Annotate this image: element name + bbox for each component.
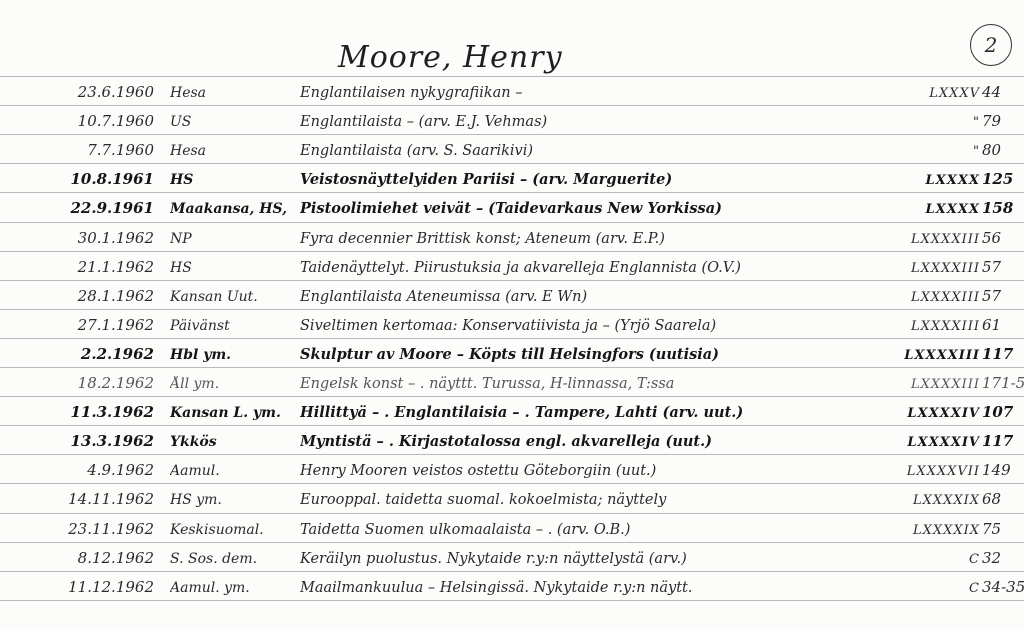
entry-volume: LXXXXIX: [860, 493, 980, 508]
entry-page: 61: [982, 316, 1024, 334]
entry-source: Hbl ym.: [170, 347, 300, 363]
entry-date: 27.1.1962: [14, 316, 154, 334]
entry-volume: LXXXXIII: [860, 261, 980, 276]
entry-page: 117: [982, 432, 1024, 450]
entry-page: 107: [982, 403, 1024, 421]
entry-source: HS ym.: [170, 492, 300, 508]
entry-source: Kansan L. ym.: [170, 405, 300, 421]
entry-title: Keräilyn puolustus. Nykytaide r.y:n näyt…: [300, 551, 860, 567]
table-row: 30.1.1962NPFyra decennier Brittisk konst…: [0, 222, 1024, 251]
entry-page: 57: [982, 287, 1024, 305]
entry-page: 125: [982, 170, 1024, 188]
entry-title: Siveltimen kertomaa: Konservatiivista ja…: [300, 318, 860, 334]
table-row: 23.6.1960HesaEnglantilaisen nykygrafiika…: [0, 76, 1024, 105]
table-row: 11.3.1962Kansan L. ym.Hillittyä – . Engl…: [0, 396, 1024, 425]
entry-page: 80: [982, 141, 1024, 159]
entry-source: S. Sos. dem.: [170, 551, 300, 567]
card-heading: Moore, Henry: [338, 40, 563, 75]
entry-source: HS: [170, 172, 300, 188]
entry-title: Hillittyä – . Englantilaisia – . Tampere…: [300, 404, 860, 421]
entry-page: 34-35: [982, 578, 1024, 596]
entry-page: 158: [982, 199, 1024, 217]
entry-volume: LXXXXVII: [860, 464, 980, 479]
table-row: 21.1.1962HSTaidenäyttelyt. Piirustuksia …: [0, 251, 1024, 280]
entry-volume: ": [860, 144, 980, 159]
entry-title: Skulptur av Moore – Köpts till Helsingfo…: [300, 346, 860, 363]
entry-page: 79: [982, 112, 1024, 130]
entry-page: 56: [982, 229, 1024, 247]
table-row: 22.9.1961Maakansa, HS,Pistoolimiehet vei…: [0, 192, 1024, 221]
page-number-circle: 2: [970, 24, 1012, 66]
entry-source: Hesa: [170, 85, 300, 101]
entry-volume: LXXXXIII: [860, 319, 980, 334]
entry-volume: LXXXXIV: [860, 406, 980, 421]
entry-date: 18.2.1962: [14, 374, 154, 392]
entry-page: 32: [982, 549, 1024, 567]
entry-volume: LXXXXIII: [860, 377, 980, 392]
entry-date: 11.3.1962: [14, 403, 154, 421]
entry-volume: C: [860, 552, 980, 567]
entry-title: Taidenäyttelyt. Piirustuksia ja akvarell…: [300, 260, 860, 276]
entry-volume: LXXXX: [860, 202, 980, 217]
table-row: 18.2.1962Åll ym.Engelsk konst – . näyttt…: [0, 367, 1024, 396]
entry-source: Kansan Uut.: [170, 289, 300, 305]
table-row: 8.12.1962S. Sos. dem.Keräilyn puolustus.…: [0, 542, 1024, 571]
entry-volume: LXXXXIV: [860, 435, 980, 450]
entry-volume: LXXXX: [860, 173, 980, 188]
entry-source: Ykkös: [170, 434, 300, 450]
entry-date: 28.1.1962: [14, 287, 154, 305]
table-row: 23.11.1962Keskisuomal.Taidetta Suomen ul…: [0, 513, 1024, 542]
entry-page: 68: [982, 490, 1024, 508]
entry-title: Englantilaista Ateneumissa (arv. E Wn): [300, 289, 860, 305]
table-row: 2.2.1962Hbl ym.Skulptur av Moore – Köpts…: [0, 338, 1024, 367]
entry-title: Pistoolimiehet veivät – (Taidevarkaus Ne…: [300, 200, 860, 217]
entry-date: 30.1.1962: [14, 229, 154, 247]
entry-title: Englantilaista (arv. S. Saarikivi): [300, 143, 860, 159]
entry-source: Aamul.: [170, 463, 300, 479]
entry-date: 22.9.1961: [14, 199, 154, 217]
entry-page: 117: [982, 345, 1024, 363]
entry-volume: LXXXXIII: [860, 232, 980, 247]
entry-date: 7.7.1960: [14, 141, 154, 159]
index-card: Moore, Henry 2 23.6.1960HesaEnglantilais…: [0, 0, 1024, 630]
entry-title: Engelsk konst – . näyttt. Turussa, H-lin…: [300, 376, 860, 392]
entry-title: Eurooppal. taidetta suomal. kokoelmista;…: [300, 492, 860, 508]
entry-source: Maakansa, HS,: [170, 201, 300, 217]
ruled-line: [0, 600, 1024, 601]
table-row: 10.7.1960USEnglantilaista – (arv. E.J. V…: [0, 105, 1024, 134]
table-row: 4.9.1962Aamul.Henry Mooren veistos ostet…: [0, 454, 1024, 483]
entry-date: 10.8.1961: [14, 170, 154, 188]
table-row: 27.1.1962PäivänstSiveltimen kertomaa: Ko…: [0, 309, 1024, 338]
entry-title: Englantilaisen nykygrafiikan –: [300, 85, 860, 101]
entry-page: 57: [982, 258, 1024, 276]
entry-title: Englantilaista – (arv. E.J. Vehmas): [300, 114, 860, 130]
entry-source: HS: [170, 260, 300, 276]
entry-title: Fyra decennier Brittisk konst; Ateneum (…: [300, 231, 860, 247]
entry-date: 23.11.1962: [14, 520, 154, 538]
entry-source: Åll ym.: [170, 376, 300, 392]
entry-volume: LXXXV: [860, 86, 980, 101]
entry-date: 2.2.1962: [14, 345, 154, 363]
entry-title: Myntistä – . Kirjastotalossa engl. akvar…: [300, 433, 860, 450]
entry-volume: ": [860, 115, 980, 130]
entry-date: 10.7.1960: [14, 112, 154, 130]
entry-source: Keskisuomal.: [170, 522, 300, 538]
entry-date: 14.11.1962: [14, 490, 154, 508]
entry-source: Päivänst: [170, 318, 300, 334]
entry-source: Hesa: [170, 143, 300, 159]
entry-source: NP: [170, 231, 300, 247]
entry-date: 13.3.1962: [14, 432, 154, 450]
table-row: 14.11.1962HS ym.Eurooppal. taidetta suom…: [0, 483, 1024, 512]
table-row: 11.12.1962Aamul. ym.Maailmankuulua – Hel…: [0, 571, 1024, 600]
entry-volume: LXXXXIX: [860, 523, 980, 538]
entry-title: Henry Mooren veistos ostettu Göteborgiin…: [300, 463, 860, 479]
table-row: 7.7.1960HesaEnglantilaista (arv. S. Saar…: [0, 134, 1024, 163]
entry-page: 75: [982, 520, 1024, 538]
entry-title: Veistosnäyttelyiden Pariisi – (arv. Marg…: [300, 171, 860, 188]
entry-page: 171-5: [982, 374, 1024, 392]
entry-volume: LXXXXIII: [860, 348, 980, 363]
entry-title: Taidetta Suomen ulkomaalaista – . (arv. …: [300, 522, 860, 538]
entry-volume: LXXXXIII: [860, 290, 980, 305]
entry-source: US: [170, 114, 300, 130]
entry-source: Aamul. ym.: [170, 580, 300, 596]
table-row: 10.8.1961HSVeistosnäyttelyiden Pariisi –…: [0, 163, 1024, 192]
entry-date: 11.12.1962: [14, 578, 154, 596]
entry-date: 8.12.1962: [14, 549, 154, 567]
table-row: 28.1.1962Kansan Uut.Englantilaista Atene…: [0, 280, 1024, 309]
entry-title: Maailmankuulua – Helsingissä. Nykytaide …: [300, 580, 860, 596]
entry-date: 4.9.1962: [14, 461, 154, 479]
entry-page: 44: [982, 83, 1024, 101]
entry-date: 21.1.1962: [14, 258, 154, 276]
table-row: 13.3.1962YkkösMyntistä – . Kirjastotalos…: [0, 425, 1024, 454]
entry-date: 23.6.1960: [14, 83, 154, 101]
entry-page: 149: [982, 461, 1024, 479]
entry-volume: C: [860, 581, 980, 596]
